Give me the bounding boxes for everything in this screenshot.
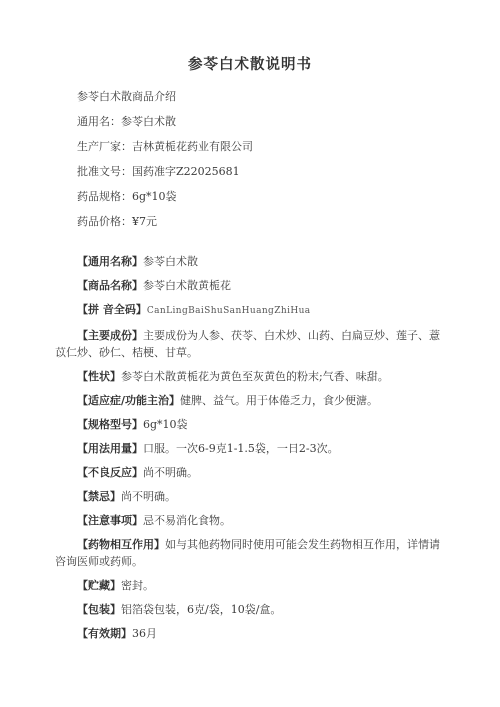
section-item-generic-name: 【通用名称】参苓白术散 — [55, 253, 445, 270]
section-label: 【包装】 — [77, 603, 121, 616]
section-item-packaging: 【包装】铝箔袋包装，6克/袋，10袋/盒。 — [55, 601, 445, 618]
section-label: 【禁忌】 — [77, 490, 121, 503]
intro-line: 参苓白术散商品介绍 — [55, 88, 445, 105]
section-text: 36月 — [132, 627, 157, 640]
document-title: 参苓白术散说明书 — [55, 55, 445, 75]
intro-block: 参苓白术散商品介绍 通用名：参苓白术散 生产厂家：吉林黄栀花药业有限公司 批准文… — [55, 88, 445, 230]
intro-line: 药品价格：¥7元 — [55, 213, 445, 230]
section-text: 尚不明确。 — [121, 490, 176, 503]
section-item-storage: 【贮藏】密封。 — [55, 577, 445, 594]
section-text: CanLingBaiShuSanHuangZhiHua — [147, 306, 311, 316]
section-item-pinyin: 【拼 音全码】CanLingBaiShuSanHuangZhiHua — [55, 301, 445, 320]
intro-line: 通用名：参苓白术散 — [55, 113, 445, 130]
section-label: 【贮藏】 — [77, 579, 121, 592]
section-label: 【适应症/功能主治】 — [77, 394, 180, 407]
section-text: 密封。 — [121, 579, 154, 592]
section-label: 【性状】 — [77, 370, 121, 383]
section-text: 参苓白术散黄栀花为黄色至灰黄色的粉末;气香、味甜。 — [121, 370, 389, 383]
section-label: 【用法用量】 — [77, 442, 143, 455]
section-item-ingredients: 【主要成份】主要成份为人参、茯苓、白术炒、山药、白扁豆炒、莲子、薏苡仁炒、砂仁、… — [55, 327, 445, 361]
intro-line: 药品规格：6g*10袋 — [55, 188, 445, 205]
intro-line: 批准文号：国药准字Z22025681 — [55, 163, 445, 180]
section-text: 忌不易消化食物。 — [143, 514, 231, 527]
section-label: 【药物相互作用】 — [77, 538, 165, 551]
section-item-indications: 【适应症/功能主治】健脾、益气。用于体倦乏力，食少便溏。 — [55, 392, 445, 409]
section-text: 参苓白术散 — [143, 255, 198, 268]
section-item-character: 【性状】参苓白术散黄栀花为黄色至灰黄色的粉末;气香、味甜。 — [55, 368, 445, 385]
section-item-drug-interactions: 【药物相互作用】如与其他药物同时使用可能会发生药物相互作用，详情请咨询医师或药师… — [55, 536, 445, 570]
section-text: 健脾、益气。用于体倦乏力，食少便溏。 — [180, 394, 378, 407]
intro-line: 生产厂家：吉林黄栀花药业有限公司 — [55, 138, 445, 155]
section-text: 尚不明确。 — [143, 466, 198, 479]
section-label: 【通用名称】 — [77, 255, 143, 268]
section-item-dosage: 【用法用量】口服。一次6-9克1-1.5袋，一日2-3次。 — [55, 440, 445, 457]
section-item-product-name: 【商品名称】参苓白术散黄栀花 — [55, 277, 445, 294]
section-text: 口服。一次6-9克1-1.5袋，一日2-3次。 — [143, 442, 339, 455]
section-label: 【规格型号】 — [77, 418, 143, 431]
section-item-spec: 【规格型号】6g*10袋 — [55, 416, 445, 433]
section-text: 6g*10袋 — [143, 418, 188, 431]
section-label: 【商品名称】 — [77, 279, 143, 292]
section-label: 【主要成份】 — [77, 329, 143, 342]
section-text: 铝箔袋包装，6克/袋，10袋/盒。 — [121, 603, 281, 616]
section-text: 参苓白术散黄栀花 — [143, 279, 231, 292]
section-item-contraindications: 【禁忌】尚不明确。 — [55, 488, 445, 505]
sections-block: 【通用名称】参苓白术散 【商品名称】参苓白术散黄栀花 【拼 音全码】CanLin… — [55, 253, 445, 642]
section-label: 【有效期】 — [77, 627, 132, 640]
section-item-adverse-reactions: 【不良反应】尚不明确。 — [55, 464, 445, 481]
section-label: 【注意事项】 — [77, 514, 143, 527]
document-page: 参苓白术散说明书 参苓白术散商品介绍 通用名：参苓白术散 生产厂家：吉林黄栀花药… — [0, 0, 500, 707]
section-label: 【不良反应】 — [77, 466, 143, 479]
section-item-precautions: 【注意事项】忌不易消化食物。 — [55, 512, 445, 529]
section-item-shelf-life: 【有效期】36月 — [55, 625, 445, 642]
section-label: 【拼 音全码】 — [77, 303, 147, 316]
